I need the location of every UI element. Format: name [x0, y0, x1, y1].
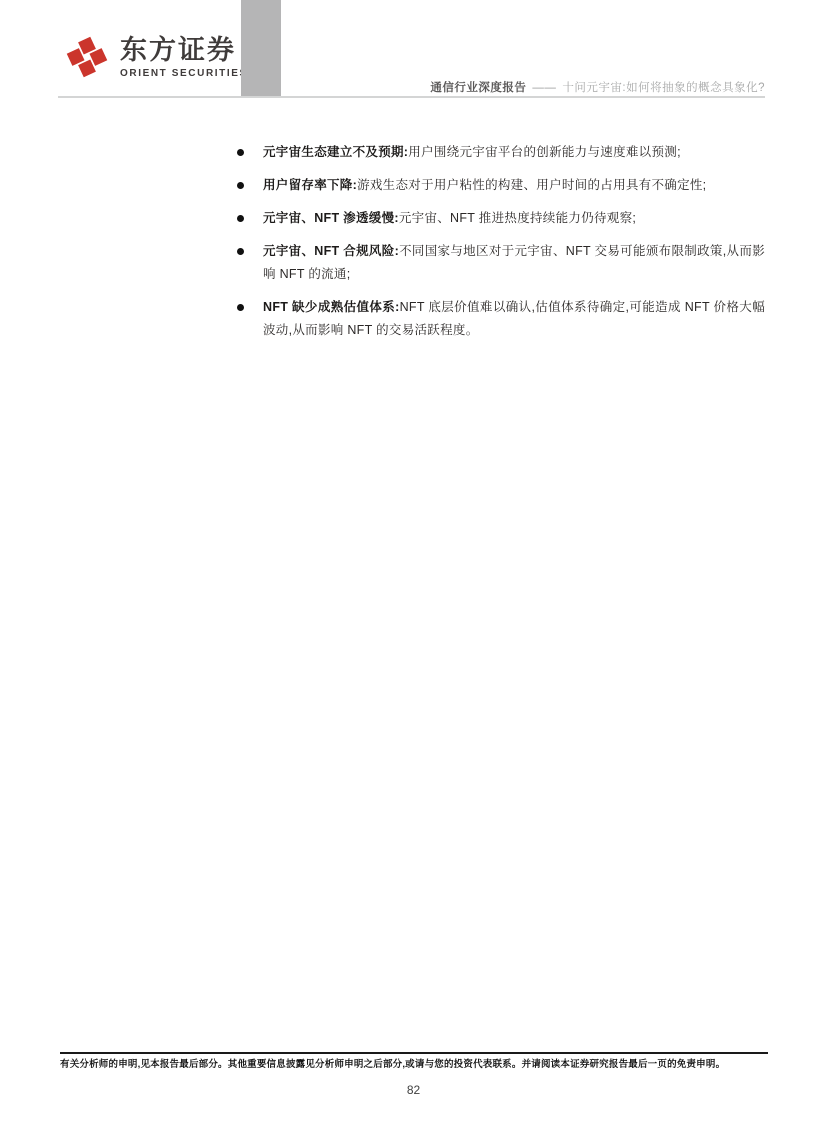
bullet-dot-icon — [237, 149, 244, 156]
report-title-label: 十问元宇宙:如何将抽象的概念具象化? — [562, 82, 765, 94]
risk-label: 用户留存率下降: — [263, 178, 357, 192]
header-gray-bar — [241, 0, 281, 97]
footer-disclaimer: 有关分析师的申明,见本报告最后部分。其他重要信息披露见分析师申明之后部分,或请与… — [60, 1058, 768, 1072]
risk-bullet-list: 元宇宙生态建立不及预期:用户围绕元宇宙平台的创新能力与速度难以预测; 用户留存率… — [237, 141, 765, 342]
risk-label: NFT 缺少成熟估值体系: — [263, 300, 400, 314]
risk-label: 元宇宙、NFT 合规风险: — [263, 244, 399, 258]
risk-bullet-item: 用户留存率下降:游戏生态对于用户粘性的构建、用户时间的占用具有不确定性; — [237, 174, 765, 197]
risk-bullet-item: 元宇宙生态建立不及预期:用户围绕元宇宙平台的创新能力与速度难以预测; — [237, 141, 765, 164]
risk-bullet-item: 元宇宙、NFT 合规风险:不同国家与地区对于元宇宙、NFT 交易可能颁布限制政策… — [237, 240, 765, 286]
brand-name-en: ORIENT SECURITIES — [120, 68, 248, 79]
page-number: 82 — [0, 1083, 827, 1097]
logo-diamond-icon — [62, 31, 112, 83]
risk-text: 元宇宙、NFT 推进热度持续能力仍待观察; — [399, 211, 636, 225]
risk-text: 用户围绕元宇宙平台的创新能力与速度难以预测; — [408, 145, 681, 159]
report-page: 东方证券 ORIENT SECURITIES 通信行业深度报告——十问元宇宙:如… — [0, 0, 827, 1122]
risk-label: 元宇宙生态建立不及预期: — [263, 145, 408, 159]
bullet-dot-icon — [237, 182, 244, 189]
risk-bullet-list-section: 元宇宙生态建立不及预期:用户围绕元宇宙平台的创新能力与速度难以预测; 用户留存率… — [237, 141, 765, 352]
orient-securities-logo: 东方证券 ORIENT SECURITIES — [62, 31, 248, 83]
bullet-dot-icon — [237, 304, 244, 311]
bullet-dot-icon — [237, 215, 244, 222]
risk-text: 游戏生态对于用户粘性的构建、用户时间的占用具有不确定性; — [357, 178, 706, 192]
report-type-label: 通信行业深度报告 — [430, 82, 526, 94]
brand-name-cn: 东方证券 — [120, 35, 248, 65]
header-dash: —— — [532, 82, 556, 94]
header-divider — [58, 96, 765, 98]
risk-bullet-item: 元宇宙、NFT 渗透缓慢:元宇宙、NFT 推进热度持续能力仍待观察; — [237, 207, 765, 230]
report-header-title: 通信行业深度报告——十问元宇宙:如何将抽象的概念具象化? — [430, 79, 765, 95]
risk-label: 元宇宙、NFT 渗透缓慢: — [263, 211, 399, 225]
footer-divider — [60, 1052, 768, 1054]
risk-bullet-item: NFT 缺少成熟估值体系:NFT 底层价值难以确认,估值体系待确定,可能造成 N… — [237, 296, 765, 342]
bullet-dot-icon — [237, 248, 244, 255]
logo-text: 东方证券 ORIENT SECURITIES — [120, 31, 248, 79]
